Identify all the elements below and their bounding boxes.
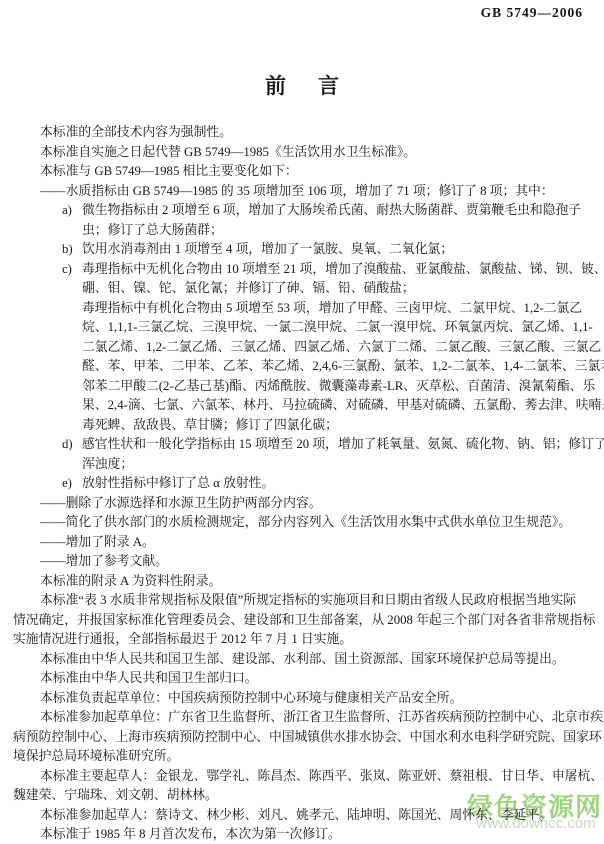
text-line-content: 放射性指标中修订了总 α 放射性。 bbox=[82, 476, 274, 490]
text-line: ——增加了附录 A。 bbox=[13, 533, 604, 553]
text-line-content: 实施情况进行通报，全部指标最迟于 2012 年 7 月 1 日实施。 bbox=[13, 632, 352, 646]
text-line-content: ——增加了附录 A。 bbox=[40, 535, 155, 549]
page-title-char-left: 前 bbox=[265, 75, 286, 98]
document-body: 本标准的全部技术内容为强制性。本标准自实施之日起代替 GB 5749—1985《… bbox=[13, 123, 604, 844]
text-line: e)放射性指标中修订了总 α 放射性。 bbox=[13, 474, 604, 494]
text-line: 本标准由中华人民共和国卫生部、建设部、水利部、国土资源部、国家环境保护总局等提出… bbox=[13, 650, 604, 670]
list-item-marker: d) bbox=[62, 435, 73, 455]
text-line: 毒理指标中有机化合物由 5 项增至 53 项，增加了甲醛、三卤甲烷、二氯甲烷、1… bbox=[13, 299, 604, 319]
text-line-content: 饮用水消毒剂由 1 项增至 4 项，增加了一氯胺、臭氧、二氧化氯； bbox=[82, 242, 453, 256]
text-line: ——水质指标由 GB 5749—1985 的 35 项增加至 106 项，增加了… bbox=[13, 182, 604, 202]
text-line-content: ——水质指标由 GB 5749—1985 的 35 项增加至 106 项，增加了… bbox=[40, 184, 554, 198]
text-line: 本标准于 1985 年 8 月首次发布，本次为第一次修订。 bbox=[13, 825, 604, 844]
text-line: 本标准自实施之日起代替 GB 5749—1985《生活饮用水卫生标准》。 bbox=[13, 143, 604, 163]
text-line: 本标准参加起草单位：广东省卫生监督所、浙江省卫生监督所、江苏省疾病预防控制中心、… bbox=[13, 708, 604, 728]
text-line: 邻苯二甲酸二(2-乙基己基)酯、丙烯酰胺、微囊藻毒素-LR、灭草松、百菌清、溴氰… bbox=[13, 377, 604, 397]
text-line-content: 二氯乙烯、1,2-二氯乙烯、三氯乙烯、四氯乙烯、六氯丁二烯、二氯乙酸、三氯乙酸、… bbox=[82, 340, 601, 354]
text-line-content: 醛、苯、甲苯、二甲苯、乙苯、苯乙烯、2,4,6-三氯酚、氯苯、1,2-二氯苯、1… bbox=[82, 359, 604, 373]
text-line: 二氯乙烯、1,2-二氯乙烯、三氯乙烯、四氯乙烯、六氯丁二烯、二氯乙酸、三氯乙酸、… bbox=[13, 338, 604, 358]
text-line: 情况确定，并报国家标准化管理委员会、建设部和卫生部备案，从 2008 年起三个部… bbox=[13, 611, 604, 631]
text-line-content: ——简化了供水部门的水质检测规定，部分内容列入《生活饮用水集中式供水单位卫生规范… bbox=[40, 515, 571, 529]
text-line: 虫；修订了总大肠菌群； bbox=[13, 221, 604, 241]
text-line: 境保护总局环境标准研究所。 bbox=[13, 747, 604, 767]
text-line-content: 虫；修订了总大肠菌群； bbox=[82, 223, 223, 237]
text-line-content: 微生物指标由 2 项增至 6 项，增加了大肠埃希氏菌、耐热大肠菌群、贾第鞭毛虫和… bbox=[82, 203, 581, 217]
list-item-marker: e) bbox=[62, 474, 72, 494]
text-line: c)毒理指标中无机化合物由 10 项增至 21 项，增加了溴酸盐、亚氯酸盐、氯酸… bbox=[13, 260, 604, 280]
text-line-content: 本标准负责起草单位：中国疾病预防控制中心环境与健康相关产品安全所。 bbox=[40, 691, 462, 705]
text-line: 本标准与 GB 5749—1985 相比主要变化如下： bbox=[13, 162, 604, 182]
list-item-marker: c) bbox=[62, 260, 72, 280]
text-line: ——删除了水源选择和水源卫生防护两部分内容。 bbox=[13, 494, 604, 514]
text-line-content: ——删除了水源选择和水源卫生防护两部分内容。 bbox=[40, 496, 322, 510]
text-line-content: 境保护总局环境标准研究所。 bbox=[13, 749, 179, 763]
text-line: b)饮用水消毒剂由 1 项增至 4 项，增加了一氯胺、臭氧、二氧化氯； bbox=[13, 240, 604, 260]
list-item-marker: b) bbox=[62, 240, 73, 260]
text-line: 本标准由中华人民共和国卫生部归口。 bbox=[13, 669, 604, 689]
list-item-marker: a) bbox=[62, 201, 72, 221]
text-line-content: 毒死蜱、敌敌畏、草甘膦；修订了四氯化碳； bbox=[82, 418, 338, 432]
text-line-content: 感官性状和一般化学指标由 15 项增至 20 项，增加了耗氧量、氨氮、硫化物、钠… bbox=[82, 437, 604, 451]
text-line-content: 魏建荣、宁瑞珠、刘文朝、胡林林。 bbox=[13, 788, 218, 802]
text-line-content: 本标准由中华人民共和国卫生部归口。 bbox=[40, 671, 258, 685]
page-title: 前言 bbox=[0, 70, 604, 100]
text-line-content: 果、2,4-滴、七氯、六氯苯、林丹、马拉硫磷、对硫磷、甲基对硫磷、五氯酚、莠去津… bbox=[82, 398, 604, 412]
text-line: 果、2,4-滴、七氯、六氯苯、林丹、马拉硫磷、对硫磷、甲基对硫磷、五氯酚、莠去津… bbox=[13, 396, 604, 416]
text-line: ——简化了供水部门的水质检测规定，部分内容列入《生活饮用水集中式供水单位卫生规范… bbox=[13, 513, 604, 533]
text-line: 本标准的全部技术内容为强制性。 bbox=[13, 123, 604, 143]
doc-number: GB 5749—2006 bbox=[481, 5, 583, 21]
text-line: a)微生物指标由 2 项增至 6 项，增加了大肠埃希氏菌、耐热大肠菌群、贾第鞭毛… bbox=[13, 201, 604, 221]
text-line-content: 本标准的全部技术内容为强制性。 bbox=[40, 125, 232, 139]
text-line: 硼、钼、镍、铊、氯化氰；并修订了砷、镉、铅、硝酸盐； bbox=[13, 279, 604, 299]
document-page: GB 5749—2006 前言 本标准的全部技术内容为强制性。本标准自实施之日起… bbox=[0, 0, 604, 844]
text-line-content: 毒理指标中有机化合物由 5 项增至 53 项，增加了甲醛、三卤甲烷、二氯甲烷、1… bbox=[82, 301, 582, 315]
text-line: 实施情况进行通报，全部指标最迟于 2012 年 7 月 1 日实施。 bbox=[13, 630, 604, 650]
text-line-content: 硼、钼、镍、铊、氯化氰；并修订了砷、镉、铅、硝酸盐； bbox=[82, 281, 415, 295]
text-line: 本标准主要起草人：金银龙、鄂学礼、陈昌杰、陈西平、张岚、陈亚妍、蔡祖根、甘日华、… bbox=[13, 767, 604, 787]
text-line: ——增加了参考文献。 bbox=[13, 552, 604, 572]
text-line-content: 浑浊度； bbox=[82, 457, 133, 471]
text-line: 本标准负责起草单位：中国疾病预防控制中心环境与健康相关产品安全所。 bbox=[13, 689, 604, 709]
text-line: 烷、1,1,1-三氯乙烷、三溴甲烷、一氯二溴甲烷、二氯一溴甲烷、环氧氯丙烷、氯乙… bbox=[13, 318, 604, 338]
text-line-content: 烷、1,1,1-三氯乙烷、三溴甲烷、一氯二溴甲烷、二氯一溴甲烷、环氧氯丙烷、氯乙… bbox=[82, 320, 593, 334]
text-line-content: 本标准参加起草人：蔡诗文、林少彬、刘凡、姚孝元、陆坤明、陈国光、周怀东、李延平。 bbox=[40, 808, 552, 822]
text-line: 病预防控制中心、上海市疾病预防控制中心、中国城镇供水排水协会、中国水利水电科学研… bbox=[13, 728, 604, 748]
text-line-content: 情况确定，并报国家标准化管理委员会、建设部和卫生部备案，从 2008 年起三个部… bbox=[13, 613, 595, 627]
text-line-content: 本标准的附录 A 为资料性附录。 bbox=[40, 574, 221, 588]
text-line-content: 本标准自实施之日起代替 GB 5749—1985《生活饮用水卫生标准》。 bbox=[40, 145, 416, 159]
text-line-content: 本标准主要起草人：金银龙、鄂学礼、陈昌杰、陈西平、张岚、陈亚妍、蔡祖根、甘日华、… bbox=[40, 769, 604, 783]
text-line-content: 邻苯二甲酸二(2-乙基己基)酯、丙烯酰胺、微囊藻毒素-LR、灭草松、百菌清、溴氰… bbox=[82, 379, 595, 393]
text-line: 本标准“表 3 水质非常规指标及限值”所规定指标的实施项目和日期由省级人民政府根… bbox=[13, 591, 604, 611]
text-line: 醛、苯、甲苯、二甲苯、乙苯、苯乙烯、2,4,6-三氯酚、氯苯、1,2-二氯苯、1… bbox=[13, 357, 604, 377]
text-line-content: ——增加了参考文献。 bbox=[40, 554, 168, 568]
text-line: 浑浊度； bbox=[13, 455, 604, 475]
text-line: 毒死蜱、敌敌畏、草甘膦；修订了四氯化碳； bbox=[13, 416, 604, 436]
text-line: 魏建荣、宁瑞珠、刘文朝、胡林林。 bbox=[13, 786, 604, 806]
text-line-content: 本标准由中华人民共和国卫生部、建设部、水利部、国土资源部、国家环境保护总局等提出… bbox=[40, 652, 565, 666]
text-line: 本标准的附录 A 为资料性附录。 bbox=[13, 572, 604, 592]
text-line: d)感官性状和一般化学指标由 15 项增至 20 项，增加了耗氧量、氨氮、硫化物… bbox=[13, 435, 604, 455]
text-line: 本标准参加起草人：蔡诗文、林少彬、刘凡、姚孝元、陆坤明、陈国光、周怀东、李延平。 bbox=[13, 806, 604, 826]
page-title-char-right: 言 bbox=[318, 75, 339, 98]
text-line-content: 本标准与 GB 5749—1985 相比主要变化如下： bbox=[40, 164, 298, 178]
text-line-content: 毒理指标中无机化合物由 10 项增至 21 项，增加了溴酸盐、亚氯酸盐、氯酸盐、… bbox=[82, 262, 604, 276]
text-line-content: 本标准参加起草单位：广东省卫生监督所、浙江省卫生监督所、江苏省疾病预防控制中心、… bbox=[40, 710, 603, 724]
text-line-content: 本标准于 1985 年 8 月首次发布，本次为第一次修订。 bbox=[40, 827, 341, 841]
text-line-content: 本标准“表 3 水质非常规指标及限值”所规定指标的实施项目和日期由省级人民政府根… bbox=[40, 593, 576, 607]
text-line-content: 病预防控制中心、上海市疾病预防控制中心、中国城镇供水排水协会、中国水利水电科学研… bbox=[13, 730, 602, 744]
